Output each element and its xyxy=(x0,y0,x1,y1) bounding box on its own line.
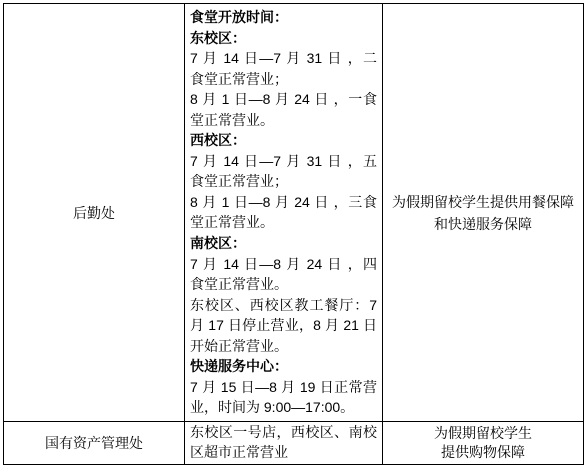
text-line: 食堂开放时间： xyxy=(190,7,377,28)
text-line: 快递服务中心： xyxy=(190,356,377,377)
text-line: 和快递服务保障 xyxy=(434,213,532,235)
text-line: 业，时间为 9:00—17:00。 xyxy=(190,397,377,418)
text-line: 区超市正常营业 xyxy=(190,443,377,463)
department-cell-assets: 国有资产管理处 xyxy=(4,422,185,464)
text-line: 食堂正常营业； xyxy=(190,171,377,192)
document-page: 后勤处 食堂开放时间：东校区：7 月 14 日—7 月 31 日 ，二食堂正常营… xyxy=(0,0,587,467)
text-line: 7 月 14 日—7 月 31 日 ，二 xyxy=(190,48,377,69)
text-line: 提供购物保障 xyxy=(441,443,525,463)
text-line: 南校区： xyxy=(190,233,377,254)
text-line: 7 月 14 日—8 月 24 日 ，四 xyxy=(190,254,377,275)
text-line: 8 月 1 日—8 月 24 日 ，一食 xyxy=(190,89,377,110)
text-line: 食堂正常营业； xyxy=(190,69,377,90)
text-line: 月 17 日停止营业，8 月 21 日 xyxy=(190,315,377,336)
schedule-cell-assets: 东校区一号店，西校区、南校区超市正常营业 xyxy=(185,422,383,464)
text-line: 开始正常营业。 xyxy=(190,336,377,357)
schedule-table: 后勤处 食堂开放时间：东校区：7 月 14 日—7 月 31 日 ，二食堂正常营… xyxy=(3,3,584,465)
text-line: 堂正常营业。 xyxy=(190,110,377,131)
text-line: 8 月 1 日—8 月 24 日 ，三食 xyxy=(190,192,377,213)
purpose-cell-assets: 为假期留校学生提供购物保障 xyxy=(383,422,583,464)
text-line: 7 月 15 日—8 月 19 日正常营 xyxy=(190,377,377,398)
purpose-cell-logistics: 为假期留校学生提供用餐保障和快递服务保障 xyxy=(383,4,583,422)
text-line: 东校区一号店，西校区、南校 xyxy=(190,423,377,443)
schedule-cell-logistics: 食堂开放时间：东校区：7 月 14 日—7 月 31 日 ，二食堂正常营业；8 … xyxy=(185,4,383,422)
text-line: 7 月 14 日—7 月 31 日 ，五 xyxy=(190,151,377,172)
text-line: 堂正常营业。 xyxy=(190,212,377,233)
text-line: 为假期留校学生 xyxy=(434,424,532,444)
text-line: 东校区： xyxy=(190,28,377,49)
text-line: 为假期留校学生提供用餐保障 xyxy=(392,191,574,213)
text-line: 东校区、西校区教工餐厅：7 xyxy=(190,295,377,316)
department-cell-logistics: 后勤处 xyxy=(4,4,185,422)
text-line: 食堂正常营业。 xyxy=(190,274,377,295)
text-line: 西校区： xyxy=(190,130,377,151)
